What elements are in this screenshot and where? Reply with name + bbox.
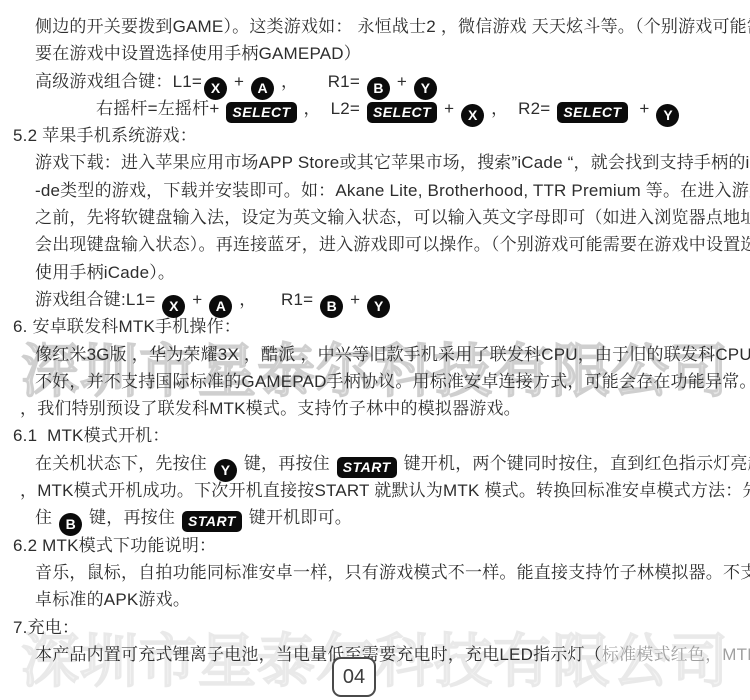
text-segment: 标准模式红色，MTK模式 xyxy=(602,645,750,664)
text-segment: -de类型的游戏，下载并安装即可。如：Akane Lite, Brotherho… xyxy=(35,181,750,200)
text-segment: 游戏组合键:L1= xyxy=(35,290,160,309)
text-segment: + xyxy=(392,72,412,91)
page-number-badge: 04 xyxy=(332,657,376,697)
text-segment: 5.2 苹果手机系统游戏： xyxy=(13,126,197,145)
text-segment: 卓标准的APK游戏。 xyxy=(35,590,190,609)
text-line: 高级游戏组合键：L1=X + A ， R1= B + Y xyxy=(0,68,750,95)
text-line: ，MTK模式开机成功。下次开机直接按START 就默认为MTK 模式。转换回标准… xyxy=(0,477,750,504)
text-line: 游戏组合键:L1= X + A ， R1= B + Y xyxy=(0,286,750,313)
text-line: 右摇杆=左摇杆+ SELECT ， L2= SELECT + X ， R2= S… xyxy=(0,95,750,122)
text-segment: 6. 安卓联发科MTK手机操作： xyxy=(13,317,241,336)
text-segment: 住 xyxy=(35,508,57,527)
text-segment: + xyxy=(439,99,459,118)
text-segment: ， R1= xyxy=(234,290,318,309)
text-segment: ， R2= xyxy=(486,99,555,118)
text-segment: 侧边的开关要拨到GAME）。这类游戏如： 永恒战士2 ，微信游戏 天天炫斗等。（… xyxy=(35,17,750,36)
text-segment: 键开机即可。 xyxy=(244,508,352,527)
text-segment: 6.1 MTK模式开机： xyxy=(13,426,170,445)
text-segment: 在关机状态下，先按住 xyxy=(35,454,212,473)
text-segment: + xyxy=(187,290,207,309)
text-segment: 7.充电： xyxy=(13,618,79,637)
text-segment: 要在游戏中设置选择使用手柄GAMEPAD） xyxy=(35,44,361,63)
text-segment: 键，再按住 xyxy=(239,454,335,473)
text-segment: 使用手柄iCade）。 xyxy=(35,263,175,282)
text-segment: 键，再按住 xyxy=(84,508,180,527)
text-segment: 不好，并不支持国际标准的GAMEPAD手柄协议。用标准安卓连接方式，可能会存在功… xyxy=(35,372,750,391)
text-segment: ， R1= xyxy=(276,72,365,91)
document-lines: 侧边的开关要拨到GAME）。这类游戏如： 永恒战士2 ，微信游戏 天天炫斗等。（… xyxy=(0,13,750,668)
text-segment: 游戏下载：进入苹果应用市场APP Store或其它苹果市场，搜索”iCade “… xyxy=(35,153,750,172)
text-segment: 6.2 MTK模式下功能说明： xyxy=(13,536,216,555)
text-segment: ，我们特别预设了联发科MTK模式。支持竹子林中的模拟器游戏。 xyxy=(20,399,521,418)
text-line: 在关机状态下，先按住 Y 键，再按住 START 键开机，两个键同时按住，直到红… xyxy=(0,450,750,477)
text-line: 游戏下载：进入苹果应用市场APP Store或其它苹果市场，搜索”iCade “… xyxy=(0,149,750,176)
manual-page: 深圳市星泰尔科技有限公司 深圳市星泰尔科技有限公司 侧边的开关要拨到GAME）。… xyxy=(0,0,750,700)
text-segment: ， L2= xyxy=(299,99,365,118)
text-segment: 之前，先将软键盘输入法，设定为英文输入状态，可以输入英文字母即可（如进入浏览器点… xyxy=(35,208,750,227)
start-button-icon: START xyxy=(182,511,242,532)
start-button-icon: START xyxy=(337,457,397,478)
text-segment: + xyxy=(229,72,249,91)
button-x-icon: X xyxy=(461,104,484,127)
text-line: 像红米3G版 ，华为荣耀3X ，酷派 ，中兴等旧款手机采用了联发科CPU，由于旧… xyxy=(0,341,750,368)
text-line: 音乐，鼠标，自拍功能同标准安卓一样，只有游戏模式不一样。能直接支持竹子林模拟器。… xyxy=(0,559,750,586)
text-segment: 键开机，两个键同时按住，直到红色指示灯亮起 xyxy=(399,454,750,473)
text-line: -de类型的游戏，下载并安装即可。如：Akane Lite, Brotherho… xyxy=(0,177,750,204)
text-segment: 音乐，鼠标，自拍功能同标准安卓一样，只有游戏模式不一样。能直接支持竹子林模拟器。… xyxy=(35,563,750,582)
text-line: 住 B 键，再按住 START 键开机即可。 xyxy=(0,504,750,531)
text-segment: ，MTK模式开机成功。下次开机直接按START 就默认为MTK 模式。转换回标准… xyxy=(20,481,750,500)
select-button-icon: SELECT xyxy=(226,102,296,123)
text-line: 使用手柄iCade）。 xyxy=(0,259,750,286)
text-line: 不好，并不支持国际标准的GAMEPAD手柄协议。用标准安卓连接方式，可能会存在功… xyxy=(0,368,750,395)
text-line: 5.2 苹果手机系统游戏： xyxy=(0,122,750,149)
text-segment: + xyxy=(630,99,655,118)
text-segment: 高级游戏组合键：L1= xyxy=(35,72,202,91)
text-line: 6.2 MTK模式下功能说明： xyxy=(0,532,750,559)
text-line: 卓标准的APK游戏。 xyxy=(0,586,750,613)
text-line: 侧边的开关要拨到GAME）。这类游戏如： 永恒战士2 ，微信游戏 天天炫斗等。（… xyxy=(0,13,750,40)
text-line: ，我们特别预设了联发科MTK模式。支持竹子林中的模拟器游戏。 xyxy=(0,395,750,422)
select-button-icon: SELECT xyxy=(367,102,437,123)
text-line: 之前，先将软键盘输入法，设定为英文输入状态，可以输入英文字母即可（如进入浏览器点… xyxy=(0,204,750,231)
text-line: 6.1 MTK模式开机： xyxy=(0,422,750,449)
text-line: 7.充电： xyxy=(0,614,750,641)
select-button-icon: SELECT xyxy=(557,102,627,123)
text-line: 会出现键盘输入状态）。再连接蓝牙，进入游戏即可以操作。（个别游戏可能需要在游戏中… xyxy=(0,231,750,258)
text-segment: 本产品内置可充式锂离子电池，当电量低至需要充电时，充电LED指示灯（ xyxy=(35,645,602,664)
button-y-icon: Y xyxy=(367,295,390,318)
text-segment: 会出现键盘输入状态）。再连接蓝牙，进入游戏即可以操作。（个别游戏可能需要在游戏中… xyxy=(35,235,750,254)
text-segment: 右摇杆=左摇杆+ xyxy=(96,99,224,118)
text-line: 要在游戏中设置选择使用手柄GAMEPAD） xyxy=(0,40,750,67)
text-segment: 像红米3G版 ，华为荣耀3X ，酷派 ，中兴等旧款手机采用了联发科CPU，由于旧… xyxy=(35,345,750,364)
text-segment: + xyxy=(345,290,365,309)
